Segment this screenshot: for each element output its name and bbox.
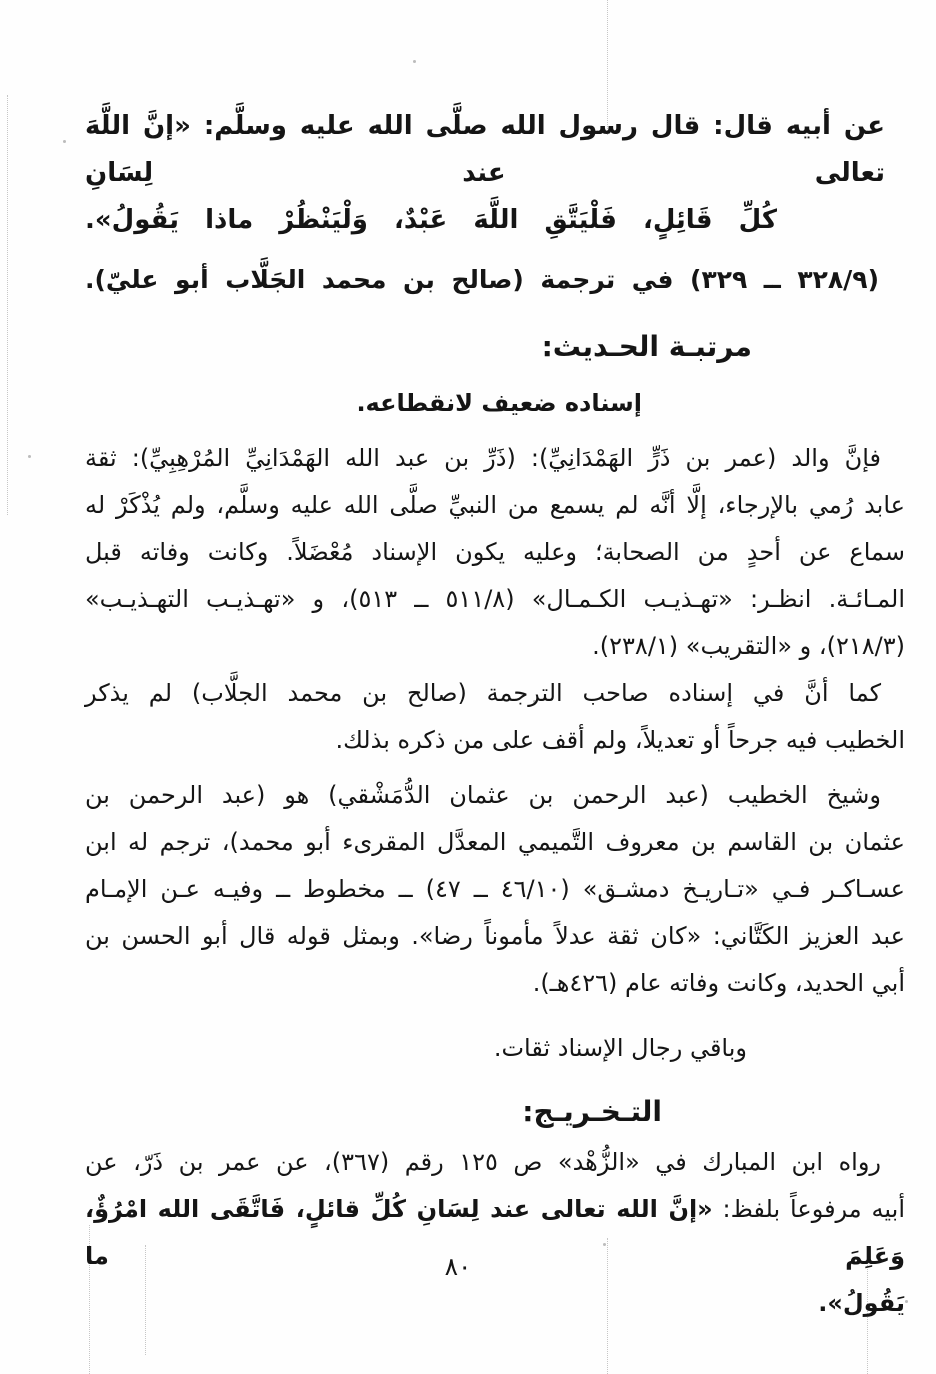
scan-speck <box>63 140 66 143</box>
section-heading-takhrij: التـخـريـج: <box>85 1088 662 1135</box>
text-segment: سماع عن أحدٍ من الصحابة؛ وعليه يكون الإس… <box>85 538 905 566</box>
text-segment: إسناده ضعيف لانقطاعه. <box>356 389 642 417</box>
text-segment: التـخـريـج: <box>522 1095 662 1128</box>
source-reference: (٣٢٨/٩ ــ ٣٢٩) في ترجمة (صالح بن محمد ال… <box>85 256 905 303</box>
page-number: ٨٠ <box>0 1252 916 1281</box>
text-segment: وشيخ الخطيب (عبد الرحمن بن عثمان الدُّمَ… <box>85 781 881 809</box>
text-line: عسـاكـر فـي «تـاريـخ دمشـق» (٤٦/١٠ ــ ٤٧… <box>85 866 905 913</box>
text-segment: رواه ابن المبارك في «الزُّهْد» ص ١٢٥ رقم… <box>85 1148 881 1176</box>
text-line: التـخـريـج: <box>85 1088 662 1135</box>
text-line: المـائـة. انظـر: «تهـذيـب الكـمـال» (٥١١… <box>85 576 905 623</box>
biography-subject-note: كما أنَّ في إسناده صاحب الترجمة (صالح بن… <box>85 670 905 764</box>
text-line: وباقي رجال الإسناد ثقات. <box>85 1025 747 1072</box>
hadith-matn: عن أبيه قال: قال رسول الله صلَّى الله عل… <box>85 103 905 244</box>
book-page: عن أبيه قال: قال رسول الله صلَّى الله عل… <box>0 0 936 1374</box>
text-segment: عابد رُمي بالإرجاء، إلَّا أنَّه لم يسمع … <box>85 491 905 519</box>
text-line: عبد العزيز الكَتَّاني: «كان ثقة عدلاً مأ… <box>85 913 905 960</box>
text-line: عابد رُمي بالإرجاء، إلَّا أنَّه لم يسمع … <box>85 482 905 529</box>
text-segment: الخطيب فيه جرحاً أو تعديلاً، ولم أقف على… <box>335 726 905 754</box>
text-segment: يَقُولُ». <box>818 1289 905 1317</box>
page-text: عن أبيه قال: قال رسول الله صلَّى الله عل… <box>85 103 905 1327</box>
text-segment: عسـاكـر فـي «تـاريـخ دمشـق» (٤٦/١٠ ــ ٤٧… <box>85 875 905 903</box>
text-segment: (٢١٨/٣)، و «التقريب» (٢٣٨/١). <box>592 632 905 660</box>
text-segment: وباقي رجال الإسناد ثقات. <box>494 1034 747 1062</box>
text-line: مرتبـة الحـديث: <box>85 323 752 370</box>
text-line: أبي الحديد، وكانت وفاته عام (٤٢٦هـ). <box>85 960 905 1007</box>
text-segment: فإنَّ والد (عمر بن ذَرٍّ الهَمْدَانِيِّ)… <box>85 444 881 472</box>
text-segment: عثمان بن القاسم بن معروف التَّميمي المعد… <box>85 828 905 856</box>
text-segment: كُلِّ قَائِلٍ، فَلْيَتَّقِ اللَّهَ عَبْد… <box>85 205 777 235</box>
text-segment: كما أنَّ في إسناده صاحب الترجمة (صالح بن… <box>85 679 881 707</box>
text-segment: (٣٢٨/٩ ــ ٣٢٩) في ترجمة (صالح بن محمد ال… <box>85 265 879 294</box>
text-line: عن أبيه قال: قال رسول الله صلَّى الله عل… <box>85 103 885 197</box>
takhrij-paragraph: رواه ابن المبارك في «الزُّهْد» ص ١٢٥ رقم… <box>85 1139 905 1327</box>
text-segment: أبي الحديد، وكانت وفاته عام (٤٢٦هـ). <box>533 969 905 997</box>
text-line: سماع عن أحدٍ من الصحابة؛ وعليه يكون الإس… <box>85 529 905 576</box>
text-segment: عبد العزيز الكَتَّاني: «كان ثقة عدلاً مأ… <box>85 922 905 950</box>
scan-speck <box>413 60 416 63</box>
scan-fold-line <box>7 95 8 515</box>
narrator-father-analysis: فإنَّ والد (عمر بن ذَرٍّ الهَمْدَانِيِّ)… <box>85 435 905 670</box>
text-segment: مرتبـة الحـديث: <box>542 330 752 363</box>
section-heading-hadith-grade: مرتبـة الحـديث: <box>85 323 752 370</box>
scan-speck <box>905 1300 908 1303</box>
text-line: كما أنَّ في إسناده صاحب الترجمة (صالح بن… <box>85 670 881 717</box>
scan-speck <box>28 455 31 458</box>
text-line: كُلِّ قَائِلٍ، فَلْيَتَّقِ اللَّهَ عَبْد… <box>85 197 777 244</box>
text-line: الخطيب فيه جرحاً أو تعديلاً، ولم أقف على… <box>85 717 905 764</box>
text-segment: أبيه مرفوعاً بلفظ: <box>713 1195 905 1223</box>
text-line: وشيخ الخطيب (عبد الرحمن بن عثمان الدُّمَ… <box>85 772 881 819</box>
text-line: رواه ابن المبارك في «الزُّهْد» ص ١٢٥ رقم… <box>85 1139 881 1186</box>
khatib-sheikh-analysis: وشيخ الخطيب (عبد الرحمن بن عثمان الدُّمَ… <box>85 772 905 1007</box>
text-line: يَقُولُ». <box>85 1280 905 1327</box>
remaining-narrators-note: وباقي رجال الإسناد ثقات. <box>85 1025 747 1072</box>
text-line: عثمان بن القاسم بن معروف التَّميمي المعد… <box>85 819 905 866</box>
text-line: (٣٢٨/٩ ــ ٣٢٩) في ترجمة (صالح بن محمد ال… <box>85 256 879 303</box>
grade-statement: إسناده ضعيف لانقطاعه. <box>85 380 642 427</box>
text-line: (٢١٨/٣)، و «التقريب» (٢٣٨/١). <box>85 623 905 670</box>
text-line: إسناده ضعيف لانقطاعه. <box>85 380 642 427</box>
text-line: فإنَّ والد (عمر بن ذَرٍّ الهَمْدَانِيِّ)… <box>85 435 881 482</box>
text-segment: المـائـة. انظـر: «تهـذيـب الكـمـال» (٥١١… <box>85 585 905 613</box>
text-segment: عن أبيه قال: قال رسول الله صلَّى الله عل… <box>85 111 885 188</box>
